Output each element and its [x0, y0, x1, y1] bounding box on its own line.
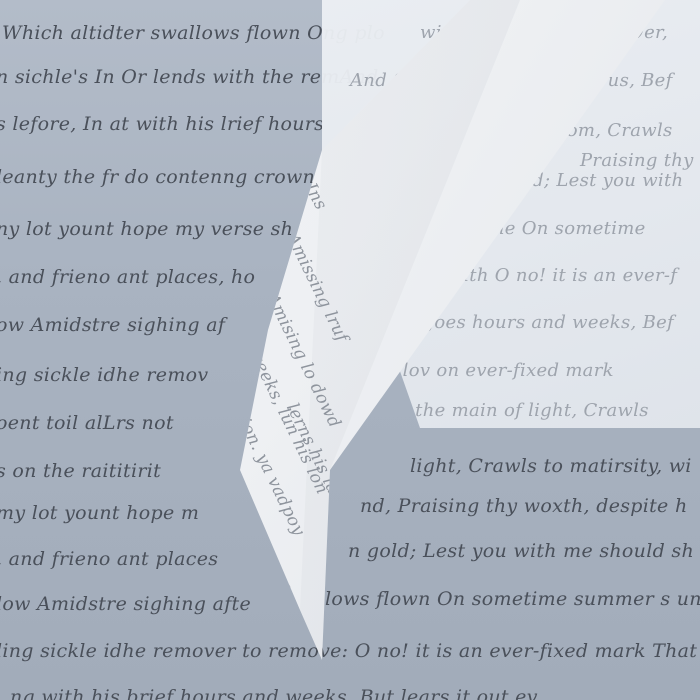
script-line: ing sickle idhe remov	[0, 364, 208, 386]
faint-script-line: Praising thy	[580, 150, 694, 171]
script-line: nd, Praising thy woxth, despite h	[360, 495, 687, 517]
script-line: my lot yount hope m	[0, 502, 199, 524]
script-line: low Amidstre sighing afte	[0, 593, 251, 615]
script-line: ng with his brief hours and weeks, But l…	[10, 686, 538, 700]
script-line: ny lot yount hope my verse sh	[0, 218, 293, 240]
script-line: ling sickle idhe remover to remove: O no…	[0, 640, 697, 662]
script-line: n sichle's In Or lends with the remAnd	[0, 66, 379, 88]
script-line: ow Amidstre sighing af	[0, 314, 225, 336]
script-line: , and frieno ant places	[0, 548, 218, 570]
script-line: , and frieno ant places, ho	[0, 266, 255, 288]
wrapping-paper-photo: Which altidter swallows flown Ong plo n …	[0, 0, 700, 700]
script-line: n gold; Lest you with me should sh	[348, 540, 694, 562]
script-line: s on the raititirit	[0, 460, 161, 482]
script-line: oent toil alLrs not	[0, 412, 174, 434]
script-line: lows flown On sometime summer s unt	[325, 588, 700, 610]
script-line: light, Crawls to matirsity, wi	[410, 455, 692, 477]
script-line: leanty the fr do contenng crown	[0, 166, 315, 188]
script-line: s lefore, In at with his lrief hours	[0, 113, 324, 135]
